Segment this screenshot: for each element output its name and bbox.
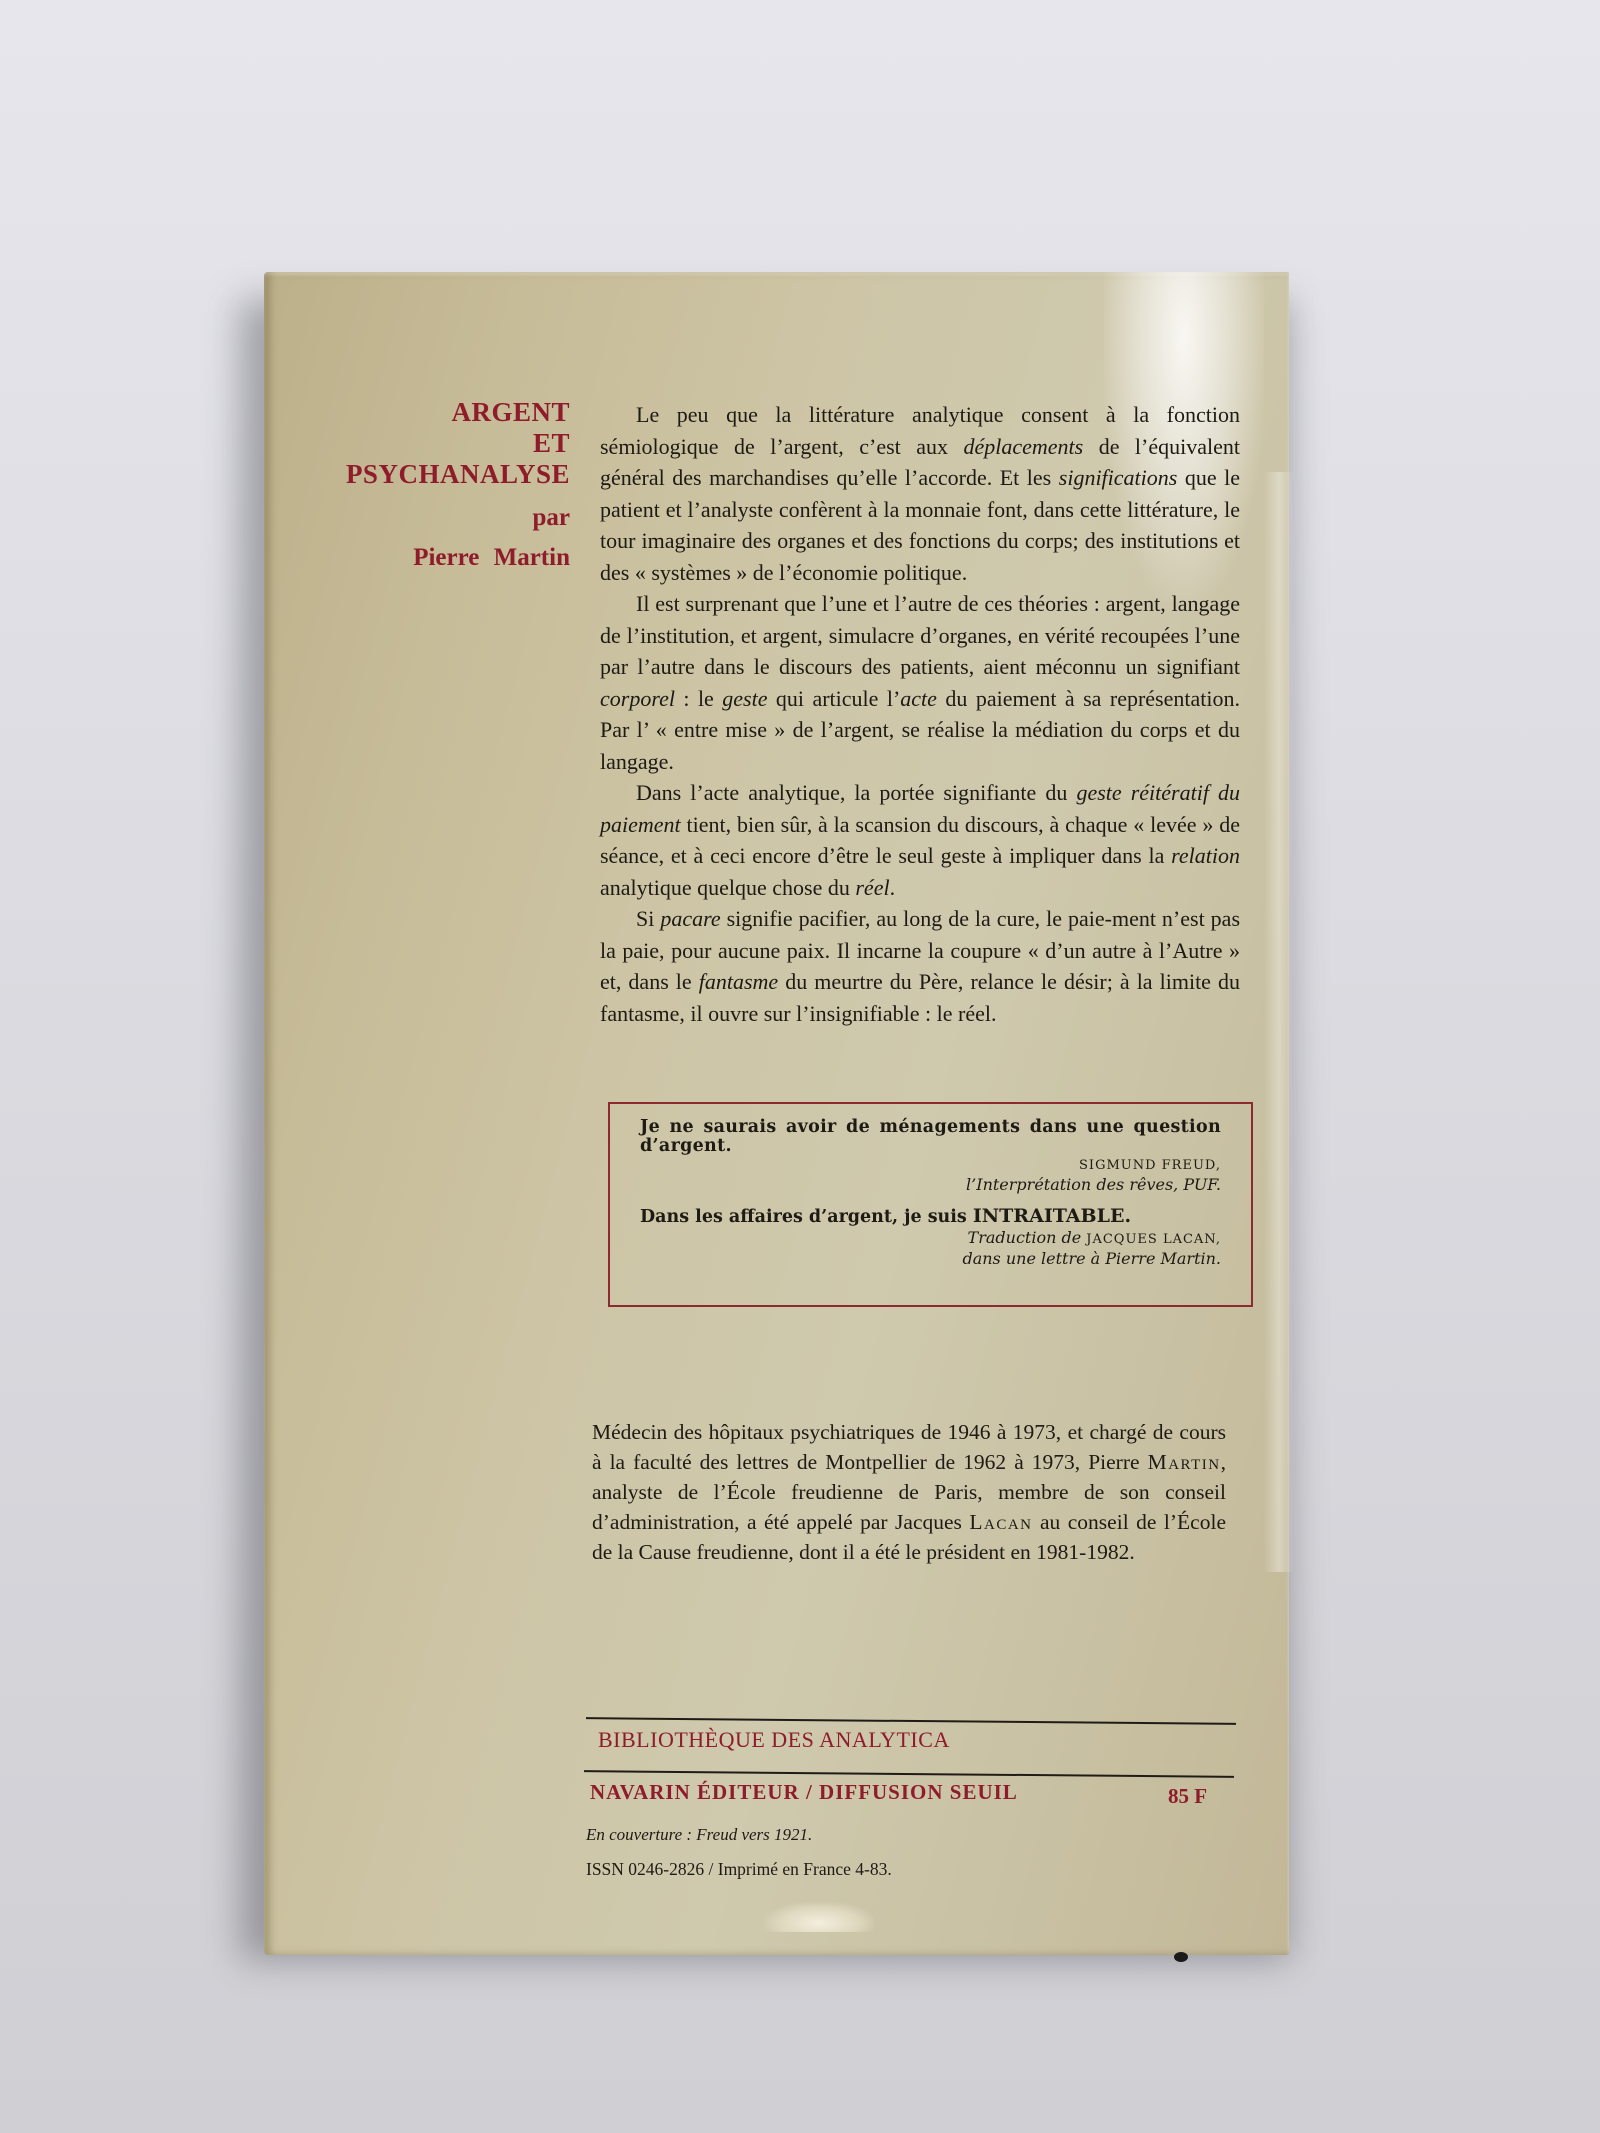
bio-name-martin: Martin [1148, 1450, 1221, 1474]
bio-text-1: Médecin des hôpitaux psychiatriques de 1… [592, 1420, 1226, 1474]
lacan-quote-emphasis: INTRAITABLE. [973, 1205, 1131, 1227]
author-bio: Médecin des hôpitaux psychiatriques de 1… [592, 1417, 1226, 1567]
book-back-cover: ARGENT ET PSYCHANALYSE par Pierre Martin… [264, 272, 1289, 1955]
price: 85 F [1168, 1784, 1207, 1809]
freud-quote: Je ne saurais avoir de ménagements dans … [640, 1118, 1221, 1156]
quote-box: Je ne saurais avoir de ménagements dans … [608, 1102, 1253, 1307]
title-line-2: ET [304, 428, 570, 459]
blurb-paragraph: Il est surprenant que l’une et l’autre d… [600, 588, 1240, 777]
edge-notch [1174, 1952, 1188, 1962]
series-name: BIBLIOTHÈQUE DES ANALYTICA [598, 1727, 950, 1753]
bio-name-lacan: Lacan [969, 1510, 1032, 1534]
title-block: ARGENT ET PSYCHANALYSE par Pierre Martin [304, 397, 570, 572]
blurb-text: Le peu que la littérature analytique con… [600, 399, 1240, 1029]
worn-spot [764, 1902, 874, 1932]
blurb-paragraph: Le peu que la littérature analytique con… [600, 399, 1240, 588]
by-label: par [304, 504, 570, 532]
divider-rule [584, 1770, 1234, 1778]
lacan-attribution: Traduction de JACQUES LACAN, dans une le… [640, 1228, 1221, 1269]
lacan-credit-prefix: Traduction de [968, 1228, 1087, 1247]
lacan-credit-name: JACQUES LACAN, [1086, 1232, 1221, 1247]
lacan-quote: Dans les affaires d’argent, je suis INTR… [640, 1205, 1221, 1228]
blurb-paragraph: Dans l’acte analytique, la portée signif… [600, 777, 1240, 903]
publisher: NAVARIN ÉDITEUR / DIFFUSION SEUIL [590, 1780, 1018, 1805]
freud-author: SIGMUND FREUD, [640, 1156, 1221, 1175]
freud-source: l’Interprétation des rêves, PUF. [966, 1175, 1221, 1194]
author-name: Pierre Martin [304, 544, 570, 572]
freud-attribution: SIGMUND FREUD, l’Interprétation des rêve… [640, 1156, 1221, 1195]
title-line-3: PSYCHANALYSE [304, 459, 570, 490]
lacan-credit-suffix: dans une lettre à Pierre Martin. [962, 1249, 1221, 1268]
title-line-1: ARGENT [304, 397, 570, 428]
issn-line: ISSN 0246-2826 / Imprimé en France 4-83. [586, 1859, 892, 1880]
cover-credit: En couverture : Freud vers 1921. [586, 1825, 812, 1845]
lacan-quote-text: Dans les affaires d’argent, je suis [640, 1207, 973, 1227]
blurb-paragraph: Si pacare signifie pacifier, au long de … [600, 903, 1240, 1029]
divider-rule [586, 1717, 1236, 1725]
